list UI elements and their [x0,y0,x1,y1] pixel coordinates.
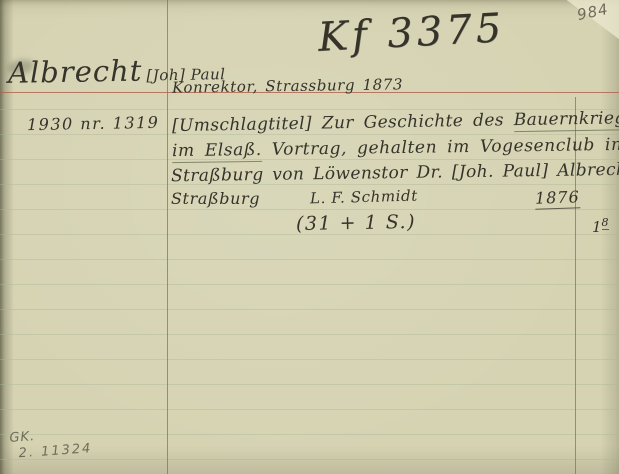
imprint-place: Straßburg [171,189,260,208]
imprint-publisher: L. F. Schmidt [310,187,418,208]
collation-note: (31 + 1 S.) [296,211,416,235]
accession-number: 1930 nr. 1319 [27,113,160,134]
call-number: Kf 3375 [317,5,506,61]
imprint-year: 1876 [535,187,580,208]
shelfmark: GK. 2. 11324 [9,425,93,463]
title-line-2-underlined: im Elsaß. [172,140,262,163]
title-line-1-underlined: Bauernkrieges [514,108,619,132]
shelfmark-prefix: GK. [9,429,36,446]
author-surname: Albrecht [8,54,143,90]
imprint-year-value: 1876 [535,187,580,210]
format-base: 1 [592,218,602,236]
format-mark: 18 [592,216,609,236]
format-exponent: 8 [602,216,609,230]
author-note: Konrektor, Strassburg 1873 [172,75,403,96]
catalog-card: 984 Kf 3375 Albrecht[Joh] Paul Konrektor… [0,0,619,474]
